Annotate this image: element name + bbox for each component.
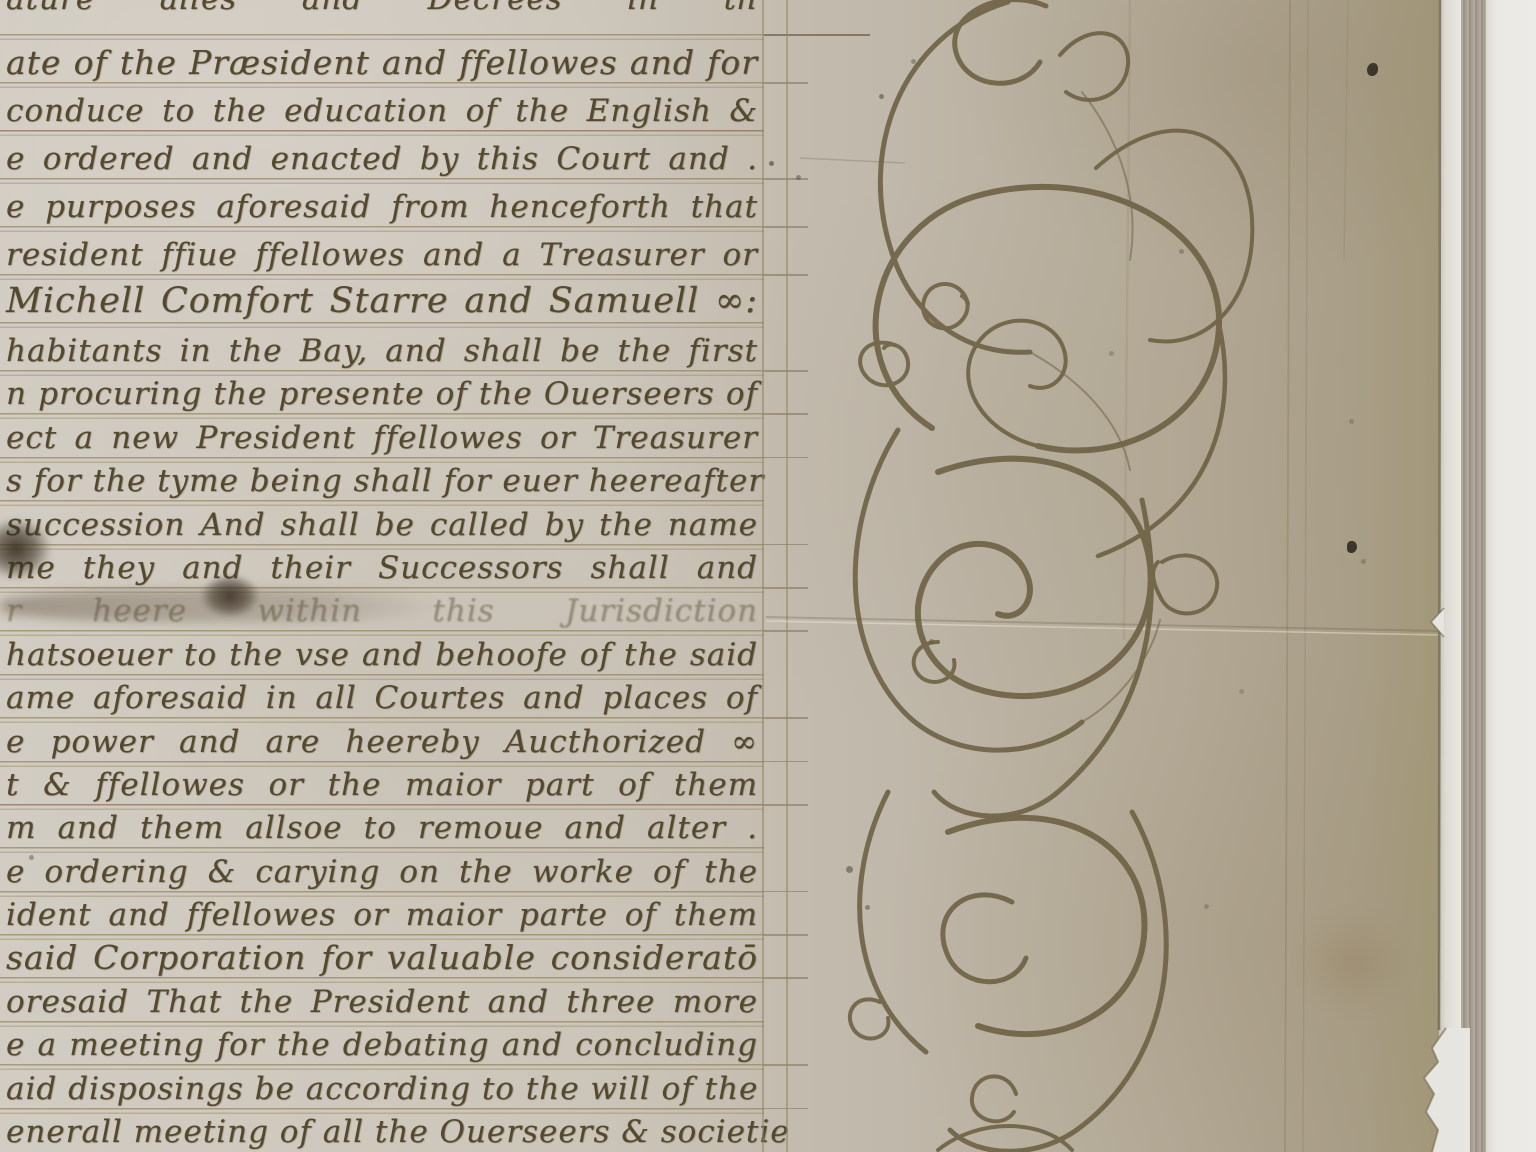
manuscript-line-text: hatsoeuer to the vse and behoofe of the …: [0, 640, 760, 674]
manuscript-photo: ature alles and Decrees in th ate of the…: [0, 0, 1536, 1152]
page-stack-edge: [1461, 0, 1486, 1152]
manuscript-line: me they and their Successors shall and: [0, 544, 790, 587]
manuscript-line-text: conduce to the education of the English …: [0, 96, 760, 130]
manuscript-line-text: e ordered and enacted by this Court and …: [0, 144, 760, 178]
manuscript-line-text: e a meeting for the debating and conclud…: [0, 1030, 760, 1064]
manuscript-line-text: aid disposings be according to the will …: [0, 1074, 760, 1108]
manuscript-line-text: m and them allsoe to remoue and alter .: [0, 813, 760, 847]
manuscript-line-text: s for the tyme being shall for euer heer…: [0, 466, 760, 500]
manuscript-line: said Corporation for valuable considerat…: [0, 934, 790, 977]
manuscript-line: e a meeting for the debating and conclud…: [0, 1021, 790, 1064]
manuscript-line-text: ect a new President ffellowes or Treasur…: [0, 423, 760, 457]
backing-gap: [1439, 0, 1461, 1152]
manuscript-line: t & ffellowes or the maior part of them: [0, 761, 790, 804]
mat-board: [1486, 0, 1536, 1152]
paper-speckles: [0, 0, 3, 3]
faded-smudge: [0, 590, 440, 622]
manuscript-line-text: enerall meeting of all the Ouerseers & s…: [0, 1117, 760, 1151]
manuscript-line-text: e purposes aforesaid from henceforth tha…: [0, 192, 760, 226]
manuscript-line: ame aforesaid in all Courtes and places …: [0, 674, 790, 717]
manuscript-line: habitants in the Bay, and shall be the f…: [0, 322, 790, 370]
text-column: ature alles and Decrees in th ate of the…: [0, 0, 790, 1152]
manuscript-line-text: ame aforesaid in all Courtes and places …: [0, 683, 760, 717]
manuscript-line-text: ature alles and Decrees in th: [0, 0, 760, 18]
manuscript-line: ature alles and Decrees in th: [0, 0, 790, 34]
gutter-rule-right: [786, 0, 788, 1152]
manuscript-line-text: succession And shall be called by the na…: [0, 510, 760, 544]
manuscript-line: oresaid That the President and three mor…: [0, 977, 790, 1020]
manuscript-line: succession And shall be called by the na…: [0, 500, 790, 543]
manuscript-line-text: me they and their Successors shall and: [0, 553, 760, 587]
manuscript-line-text: ident and ffellowes or maior parte of th…: [0, 900, 760, 934]
manuscript-line-text: e power and are heereby Aucthorized ∞: [0, 727, 760, 761]
manuscript-line: resident ffiue ffellowes and a Treasurer…: [0, 226, 790, 274]
manuscript-line-text: e ordering & carying on the worke of the: [0, 857, 760, 891]
manuscript-line-text: n procuring the presente of the Ouerseer…: [0, 379, 760, 413]
manuscript-line: s for the tyme being shall for euer heer…: [0, 457, 790, 500]
manuscript-line-text: ate of the Præsident and ffellowes and f…: [0, 46, 760, 82]
water-stain: [1300, 912, 1410, 1012]
manuscript-line: ident and ffellowes or maior parte of th…: [0, 891, 790, 934]
manuscript-line: hatsoeuer to the vse and behoofe of the …: [0, 630, 790, 673]
manuscript-line: e purposes aforesaid from henceforth tha…: [0, 178, 790, 226]
manuscript-line: Michell Comfort Starre and Samuell ∞:: [0, 274, 790, 322]
manuscript-line: e power and are heereby Aucthorized ∞: [0, 717, 790, 760]
manuscript-line-text: habitants in the Bay, and shall be the f…: [0, 336, 760, 370]
manuscript-line: ate of the Præsident and ffellowes and f…: [0, 34, 790, 82]
manuscript-line-text: t & ffellowes or the maior part of them: [0, 770, 760, 804]
manuscript-line: conduce to the education of the English …: [0, 82, 790, 130]
manuscript-line: e ordered and enacted by this Court and …: [0, 130, 790, 178]
manuscript-line: n procuring the presente of the Ouerseer…: [0, 370, 790, 413]
manuscript-line-text: said Corporation for valuable considerat…: [0, 941, 760, 977]
manuscript-line-text: Michell Comfort Starre and Samuell ∞:: [0, 284, 760, 322]
manuscript-line: m and them allsoe to remoue and alter .: [0, 804, 790, 847]
manuscript-line-text: oresaid That the President and three mor…: [0, 987, 760, 1021]
manuscript-line: aid disposings be according to the will …: [0, 1064, 790, 1107]
manuscript-line: ect a new President ffellowes or Treasur…: [0, 413, 790, 456]
manuscript-line-text: resident ffiue ffellowes and a Treasurer…: [0, 240, 760, 274]
gutter-rule-left: [762, 0, 764, 1152]
manuscript-line: e ordering & carying on the worke of the: [0, 847, 790, 890]
manuscript-line: enerall meeting of all the Ouerseers & s…: [0, 1108, 790, 1151]
